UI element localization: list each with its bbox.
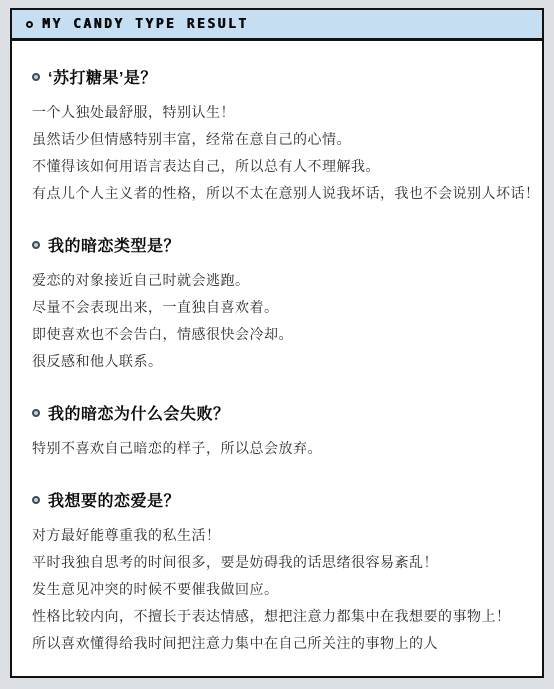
section-heading: 我的暗恋为什么会失败？ [32, 401, 522, 424]
section-heading: 我想要的恋爱是？ [32, 488, 522, 511]
result-page: MY CANDY TYPE RESULT ‘苏打糖果’是？ 一个人独处最舒服，特… [0, 0, 554, 689]
circle-bullet-icon [26, 21, 33, 28]
circle-bullet-icon [32, 73, 40, 81]
circle-bullet-icon [32, 409, 40, 417]
section-heading: ‘苏打糖果’是？ [32, 65, 522, 88]
section-crush-type: 我的暗恋类型是？ 爱恋的对象接近自己时就会逃跑。 尽量不会表现出来，一直独自喜欢… [32, 233, 522, 375]
result-line: 特别不喜欢自己暗恋的样子，所以总会放弃。 [32, 435, 522, 462]
result-line: 发生意见冲突的时候不要催我做回应。 [32, 576, 522, 603]
section-heading-text: 我的暗恋为什么会失败？ [48, 401, 230, 424]
result-line: 有点儿个人主义者的性格，所以不太在意别人说我坏话，我也不会说别人坏话！ [32, 180, 522, 207]
result-line: 性格比较内向，不擅长于表达情感，想把注意力都集中在我想要的事物上！ [32, 603, 522, 630]
result-panel: MY CANDY TYPE RESULT ‘苏打糖果’是？ 一个人独处最舒服，特… [10, 8, 544, 678]
section-heading: 我的暗恋类型是？ [32, 233, 522, 256]
circle-bullet-icon [32, 496, 40, 504]
section-desired-love: 我想要的恋爱是？ 对方最好能尊重我的私生活！ 平时我独自思考的时间很多，要是妨碍… [32, 488, 522, 657]
result-header-bar: MY CANDY TYPE RESULT [12, 10, 542, 41]
result-line: 爱恋的对象接近自己时就会逃跑。 [32, 267, 522, 294]
result-line: 虽然话少但情感特别丰富，经常在意自己的心情。 [32, 126, 522, 153]
result-line: 一个人独处最舒服，特别认生！ [32, 99, 522, 126]
section-heading-text: 我想要的恋爱是？ [48, 488, 180, 511]
result-line: 不懂得该如何用语言表达自己，所以总有人不理解我。 [32, 153, 522, 180]
section-crush-failure: 我的暗恋为什么会失败？ 特别不喜欢自己暗恋的样子，所以总会放弃。 [32, 401, 522, 462]
page-title: MY CANDY TYPE RESULT [42, 17, 249, 32]
section-heading-text: ‘苏打糖果’是？ [48, 65, 157, 88]
result-line: 平时我独自思考的时间很多，要是妨碍我的话思绪很容易紊乱！ [32, 549, 522, 576]
result-line: 很反感和他人联系。 [32, 348, 522, 375]
section-heading-text: 我的暗恋类型是？ [48, 233, 180, 256]
result-line: 对方最好能尊重我的私生活！ [32, 522, 522, 549]
result-line: 尽量不会表现出来，一直独自喜欢着。 [32, 294, 522, 321]
result-line: 即使喜欢也不会告白，情感很快会冷却。 [32, 321, 522, 348]
section-candy-type: ‘苏打糖果’是？ 一个人独处最舒服，特别认生！ 虽然话少但情感特别丰富，经常在意… [32, 65, 522, 207]
result-content: ‘苏打糖果’是？ 一个人独处最舒服，特别认生！ 虽然话少但情感特别丰富，经常在意… [12, 41, 542, 676]
circle-bullet-icon [32, 241, 40, 249]
result-line: 所以喜欢懂得给我时间把注意力集中在自己所关注的事物上的人 [32, 630, 522, 657]
